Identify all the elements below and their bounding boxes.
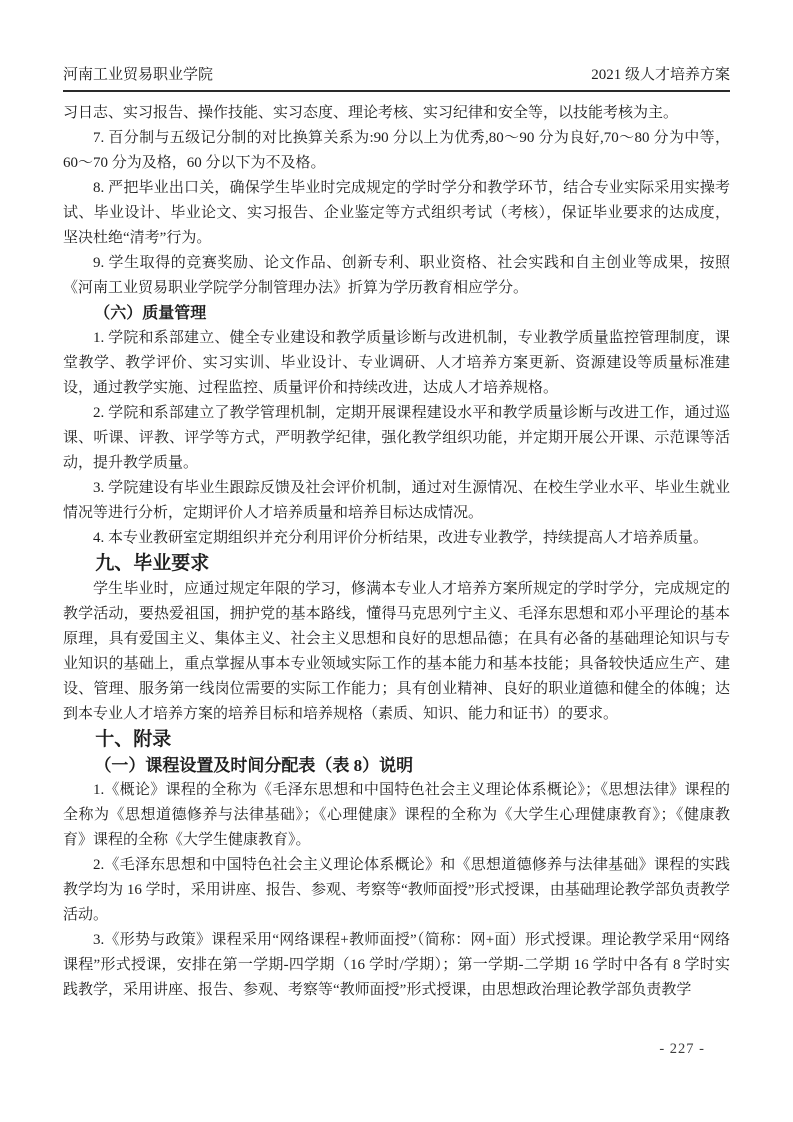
paragraph-quality-3: 3. 学院建设有毕业生跟踪反馈及社会评价机制，通过对生源情况、在校生学业水平、毕… <box>63 476 730 526</box>
paragraph-note-3: 3.《形势与政策》课程采用“网络课程+教师面授”（简称：网+面）形式授课。理论教… <box>63 928 730 1003</box>
heading-appendix: 十、附录 <box>63 727 730 753</box>
page-number: - 227 - <box>659 1041 705 1058</box>
paragraph-graduation-requirements: 学生毕业时，应通过规定年限的学习，修满本专业人才培养方案所规定的学时学分，完成规… <box>63 577 730 727</box>
heading-quality-management: （六）质量管理 <box>63 301 730 326</box>
document-page: 河南工业贸易职业学院 2021 级人才培养方案 习日志、实习报告、操作技能、实习… <box>0 0 793 1122</box>
paragraph-quality-4: 4. 本专业教研室定期组织并充分利用评价分析结果，改进专业教学，持续提高人才培养… <box>63 526 730 551</box>
paragraph-internship-assessment-continued: 习日志、实习报告、操作技能、实习态度、理论考核、实习纪律和安全等，以技能考核为主… <box>63 101 730 126</box>
paragraph-quality-1: 1. 学院和系部建立、健全专业建设和教学质量诊断与改进机制，专业教学质量监控管理… <box>63 326 730 401</box>
document-body: 习日志、实习报告、操作技能、实习态度、理论考核、实习纪律和安全等，以技能考核为主… <box>63 101 730 1003</box>
page-header: 河南工业贸易职业学院 2021 级人才培养方案 <box>63 66 730 92</box>
paragraph-note-1: 1.《概论》课程的全称为《毛泽东思想和中国特色社会主义理论体系概论》；《思想法律… <box>63 778 730 853</box>
header-school-name: 河南工业贸易职业学院 <box>63 66 213 84</box>
paragraph-graduation-exit-control: 8. 严把毕业出口关，确保学生毕业时完成规定的学时学分和教学环节，结合专业实际采… <box>63 176 730 251</box>
paragraph-grade-conversion: 7. 百分制与五级记分制的对比换算关系为:90 分以上为优秀,80～90 分为良… <box>63 126 730 176</box>
header-doc-title: 2021 级人才培养方案 <box>591 66 730 84</box>
heading-graduation-requirements: 九、毕业要求 <box>63 551 730 577</box>
paragraph-note-2: 2.《毛泽东思想和中国特色社会主义理论体系概论》和《思想道德修养与法律基础》课程… <box>63 853 730 928</box>
paragraph-quality-2: 2. 学院和系部建立了教学管理机制，定期开展课程建设水平和教学质量诊断与改进工作… <box>63 401 730 476</box>
paragraph-student-achievements-credits: 9. 学生取得的竞赛奖励、论文作品、创新专利、职业资格、社会实践和自主创业等成果… <box>63 251 730 301</box>
heading-course-table-notes: （一）课程设置及时间分配表（表 8）说明 <box>63 753 730 778</box>
